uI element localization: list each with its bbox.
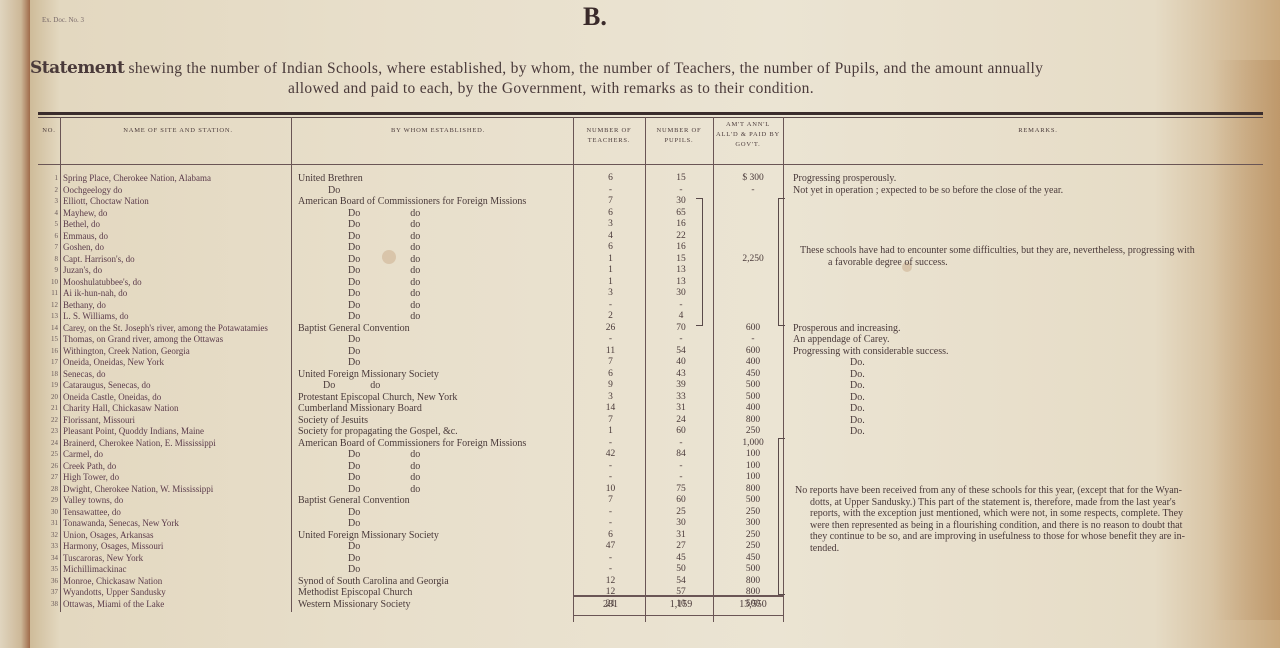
- header-teachers: Number of Teachers.: [575, 126, 643, 146]
- book-spine-edge: [0, 0, 30, 648]
- title-line-1: shewing the number of Indian Schools, wh…: [129, 60, 1044, 77]
- total-amount: 13,550: [718, 599, 788, 610]
- remark-row-14: Prosperous and increasing.: [793, 323, 900, 335]
- header-name: Name of Site and Station.: [78, 126, 278, 136]
- divider-name: [291, 117, 292, 612]
- header-amount: Am't Ann'l All'd & Paid by Gov't.: [715, 120, 781, 150]
- remark-group-2-line-3: reports, with the exception just mention…: [810, 508, 1183, 520]
- remark-group-2-line-4: were then represented as being in a flou…: [810, 520, 1182, 532]
- remark-ditto: Do.: [850, 369, 865, 381]
- header-pupils: Number of Pupils.: [647, 126, 711, 146]
- schools-table: No. Name of Site and Station. By Whom Es…: [38, 112, 1263, 622]
- title-line-2: allowed and paid to each, by the Governm…: [30, 79, 1260, 99]
- total-pupils: 1,159: [650, 599, 712, 610]
- remark-ditto: Do.: [850, 403, 865, 415]
- remark-ditto: Do.: [850, 380, 865, 392]
- remark-ditto: Do.: [850, 426, 865, 438]
- remark-group-2-line-2: dotts, at Upper Sandusky.) This part of …: [810, 497, 1176, 509]
- header-remarks: Remarks.: [938, 126, 1138, 136]
- remark-row-16: Progressing with considerable success.: [793, 346, 949, 358]
- remark-group-2-line-6: tended.: [810, 543, 839, 555]
- remark-ditto: Do.: [850, 392, 865, 404]
- total-teachers: 281: [578, 599, 643, 610]
- title-lead: Statement: [30, 58, 124, 78]
- remark-row-1: Progressing prosperously.: [793, 173, 896, 185]
- remarks-group-brace-2: [778, 438, 785, 595]
- remark-row-2: Not yet in operation ; expected to be so…: [793, 185, 1063, 197]
- margin-note: Ex. Doc. No. 3: [42, 16, 84, 24]
- divider-teachers: [645, 117, 646, 622]
- remark-group-1-line-2: a favorable degree of success.: [828, 257, 948, 269]
- remark-group-2-line-5: they continue to be so, and are improvin…: [810, 531, 1185, 543]
- pupils-group-brace: [696, 198, 703, 326]
- table-top-rule: [38, 112, 1263, 115]
- section-letter: B.: [583, 2, 607, 32]
- totals-bottom-rule: [573, 615, 783, 616]
- remark-group-2-line-1: No reports have been received from any o…: [795, 485, 1182, 497]
- remark-ditto: Do.: [850, 415, 865, 427]
- divider-pupils: [713, 117, 714, 622]
- remark-row-15: An appendage of Carey.: [793, 334, 890, 346]
- document-title: Statement shewing the number of Indian S…: [30, 58, 1260, 99]
- remark-ditto: Do.: [850, 357, 865, 369]
- remark-group-1-line-1: These schools have had to encounter some…: [800, 245, 1195, 257]
- header-bottom-rule: [38, 164, 1263, 165]
- remarks-group-brace-1: [778, 198, 785, 326]
- divider-no: [60, 117, 61, 612]
- table-top-rule-thin: [38, 117, 1263, 118]
- header-by-whom: By Whom Established.: [338, 126, 538, 136]
- header-no: No.: [38, 126, 60, 136]
